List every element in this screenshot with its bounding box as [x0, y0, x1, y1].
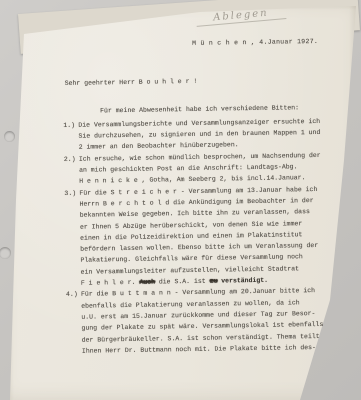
line-segment: F i e h l e r. [81, 279, 140, 287]
struck-word: zu [209, 278, 217, 285]
salutation: Sehr geehrter Herr B o u h l e r ! [61, 74, 329, 90]
item-1: 1.) Die Versammlungsberichte und Versamm… [61, 116, 329, 154]
item-3: 3.) Für die S t r e i c h e r - Versamml… [62, 183, 332, 289]
item-number: 1.) [61, 120, 79, 154]
line-segment: die S.A. ist [155, 278, 210, 286]
punch-hole [0, 247, 11, 259]
photo-background: Ablegen M ü n c h e n , 4.Januar 1927. S… [0, 0, 361, 400]
numbered-items: 1.) Die Versammlungsberichte und Versamm… [61, 116, 333, 357]
item-number: 2.) [62, 154, 80, 188]
letter-body: M ü n c h e n , 4.Januar 1927. Sehr geeh… [60, 36, 333, 357]
item-number: 3.) [62, 187, 81, 289]
intro-line: Für meine Abwesenheit habe ich verschied… [61, 101, 329, 117]
punch-hole [4, 131, 15, 142]
item-number: 4.) [64, 289, 82, 357]
struck-word: Auch [139, 279, 155, 286]
item-2: 2.) Ich ersuche, wie schon mündlich besp… [62, 150, 330, 188]
line-segment: verständigt. [217, 277, 268, 285]
item-4: 4.) Für die B u t t m a n n - Versammlun… [64, 285, 333, 357]
